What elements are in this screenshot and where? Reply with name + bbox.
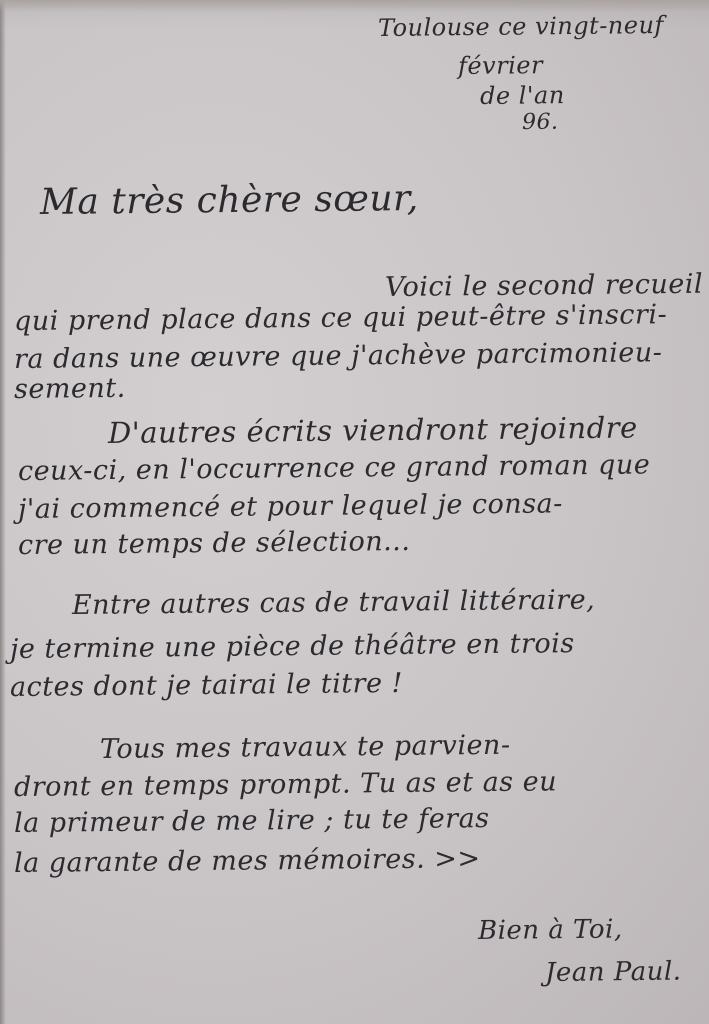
paragraph-2-line-3: j'ai commencé et pour lequel je consa- — [18, 488, 563, 525]
paragraph-4-line-2: dront en temps prompt. Tu as et as eu — [14, 766, 557, 803]
paragraph-1-line-4: sement. — [14, 373, 126, 405]
letter-place-date: Toulouse ce vingt-neuf — [378, 11, 664, 42]
paragraph-4-line-4: la garante de mes mémoires. >> — [14, 843, 481, 879]
paragraph-1-line-2: qui prend place dans ce qui peut-être s'… — [14, 299, 667, 337]
paragraph-2-line-1: D'autres écrits viendront rejoindre — [108, 410, 638, 450]
paragraph-4-line-1: Tous mes travaux te parvien- — [100, 730, 511, 765]
letter-closing: Bien à Toi, — [478, 914, 623, 946]
letter-year-prefix: de l'an — [480, 81, 565, 110]
letter-signature: Jean Paul. — [545, 957, 682, 988]
handwritten-letter: Toulouse ce vingt-neuf février de l'an 9… — [0, 0, 709, 1024]
paragraph-3-line-1: Entre autres cas de travail littéraire, — [72, 585, 595, 621]
paragraph-1-line-1: Voici le second recueil — [385, 269, 703, 303]
letter-salutation: Ma très chère sœur, — [40, 178, 419, 223]
paragraph-2-line-4: cre un temps de sélection... — [18, 526, 411, 561]
paragraph-3-line-2: je termine une pièce de théâtre en trois — [10, 628, 575, 665]
paragraph-2-line-2: ceux-ci, en l'occurrence ce grand roman … — [18, 449, 651, 487]
paragraph-1-line-3: ra dans une œuvre que j'achève parcimoni… — [14, 337, 663, 375]
letter-month: février — [458, 51, 543, 80]
paragraph-3-line-3: actes dont je tairai le titre ! — [10, 668, 403, 703]
letter-photograph: Toulouse ce vingt-neuf février de l'an 9… — [0, 0, 709, 1024]
letter-year: 96. — [522, 110, 559, 135]
paragraph-4-line-3: la primeur de me lire ; tu te feras — [14, 803, 490, 839]
